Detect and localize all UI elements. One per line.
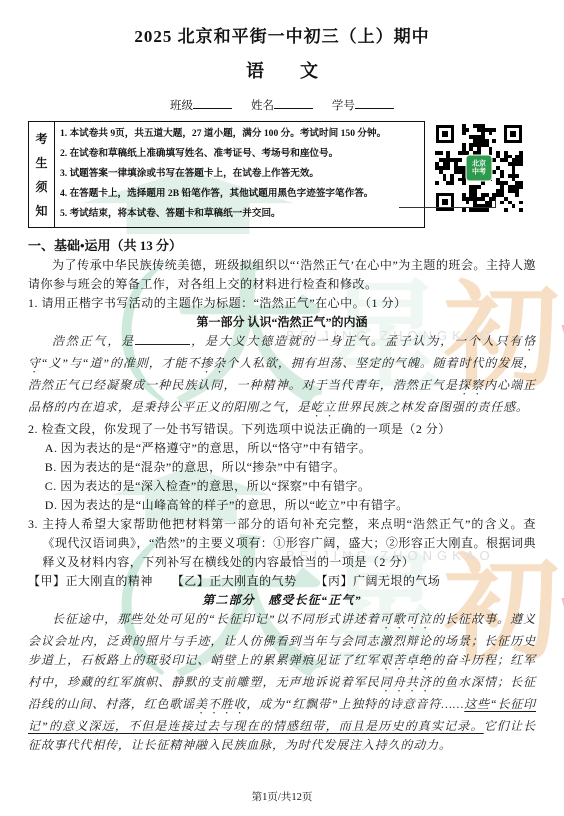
notice-item: 4. 在答题卡上，选择题用 2B 铅笔作答，其他试题用黑色字迹签字笔作答。 — [60, 184, 420, 204]
notice-item: 1. 本试卷共 9页，共五道大题，27 道小题，满分 100 分。考试时间 15… — [60, 124, 420, 144]
question-3: 3. 主持人希望大家帮助他把材料第一部分的语句补充完整，来点明“浩然正气”的含义… — [28, 515, 536, 572]
student-info-line: 班级 姓名 学号 — [28, 97, 536, 113]
passage-2: 长征途中，那些处处可见的“长征印记”以不同形式讲述着可歌可泣的长征故事。遵义会议… — [28, 610, 536, 755]
class-blank — [193, 98, 232, 109]
question-2-option-d: D. 因为表达的是“山峰高耸的样子”的意思，所以“屹立”中有错字。 — [28, 496, 536, 515]
qr-table-line — [399, 199, 496, 208]
section-1-heading: 一、基础•运用（共 13 分） — [28, 235, 536, 254]
notice-side-char: 生 — [35, 154, 47, 171]
question-2-option-c: C. 因为表达的是“深入检查”的意思，所以“探察”中有错字。 — [28, 477, 536, 496]
question-2: 2. 检查文段，你发现了一处书写错误。下列选项中说法正确的一项是（2 分） — [28, 420, 536, 439]
qr-badge-text: 中考 — [472, 168, 486, 176]
qr-badge-text: 北京 — [472, 160, 486, 168]
part-1-heading: 第一部分 认识“浩然正气”的内涵 — [28, 313, 536, 332]
notice-side-char: 须 — [35, 178, 47, 195]
notice-side-char: 知 — [35, 202, 47, 219]
question-2-option-b: B. 因为表达的是“混杂”的意思，所以“掺杂”中有错字。 — [28, 458, 536, 477]
examinee-notice-box: 考 生 须 知 1. 本试卷共 9页，共五道大题，27 道小题，满分 100 分… — [28, 121, 425, 228]
name-label: 姓名 — [251, 100, 274, 112]
passage-1: 浩然正气，是，是大义大德造就的一身正气。孟子认为，一个人只有恪守“义”与“道”的… — [28, 332, 536, 420]
notice-side-label: 考 生 须 知 — [29, 122, 55, 227]
notice-item-list: 1. 本试卷共 9页，共五道大题，27 道小题，满分 100 分。考试时间 15… — [55, 122, 424, 227]
section-intro-paragraph: 为了传承中华民族传统美德，班级拟组织以“‘浩然正气’在心中”为主题的班会。主持人… — [28, 256, 536, 294]
qr-finder-icon — [436, 125, 454, 143]
subject-title: 语 文 — [28, 57, 536, 83]
name-blank — [274, 98, 313, 109]
class-label: 班级 — [170, 100, 193, 112]
page-title: 2025 北京和平街一中初三（上）期中 — [28, 22, 536, 47]
question-3-options: 【甲】正大刚直的精神 【乙】正大刚直的气势 【丙】广阔无垠的气场 — [28, 572, 536, 591]
notice-side-char: 考 — [35, 130, 47, 147]
notice-item: 3. 试题答案一律填涂或书写在答题卡上，在试卷上作答无效。 — [60, 164, 420, 184]
part-2-heading: 第二部分 感受长征“正气” — [28, 591, 536, 610]
notice-and-qr-row: 考 生 须 知 1. 本试卷共 9页，共五道大题，27 道小题，满分 100 分… — [28, 121, 536, 228]
page-number: 第1页/共12页 — [0, 789, 564, 804]
question-2-option-a: A. 因为表达的是“严格遵守”的意思，所以“恪守”中有错字。 — [28, 439, 536, 458]
notice-item: 5. 考试结束，将本试卷、答题卡和草稿纸一并交回。 — [60, 204, 420, 224]
qr-center-badge: 北京 中考 — [466, 155, 493, 182]
student-id-label: 学号 — [332, 100, 355, 112]
notice-item: 2. 在试卷和草稿纸上准确填写姓名、准考证号、考场号和座位号。 — [60, 144, 420, 164]
qr-finder-icon — [504, 125, 522, 143]
question-1: 1. 请用正楷字书写活动的主题作为标题：“浩然正气”在心中。（1 分） — [28, 294, 536, 313]
student-id-blank — [355, 98, 394, 109]
exam-paper-page: （ 大 星 初 升 高 （ 大 星 初 升 高 BEIJING ZHONGKAO… — [0, 0, 564, 816]
